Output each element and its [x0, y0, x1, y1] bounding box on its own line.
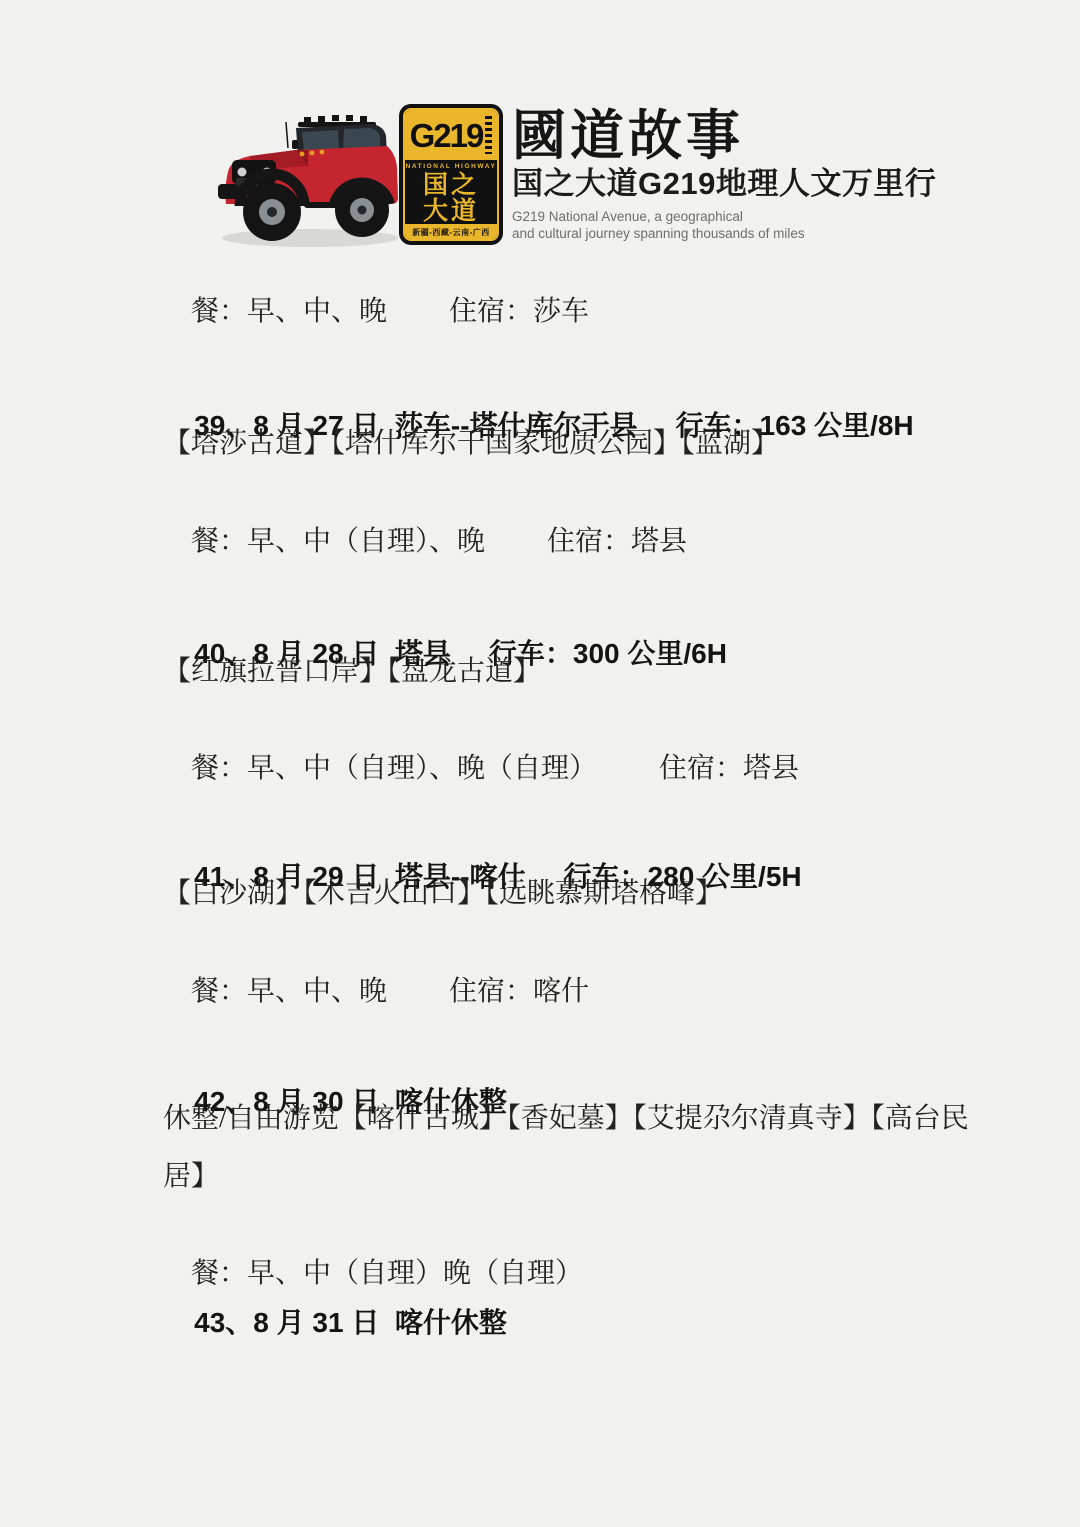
itinerary-page: G219 NATIONAL HIGHWAY 国之 大道 新疆-西藏-云南-广西 … — [0, 0, 1080, 1527]
brand-subtitle: 国之大道G219地理人文万里行 — [512, 167, 992, 201]
day-41-meals-line: 餐：早、中、晚住宿：喀什 — [163, 932, 1023, 1052]
day-41-lodging: 住宿：喀什 — [449, 976, 589, 1007]
badge-route-strip: 新疆-西藏-云南-广西 — [405, 224, 497, 241]
day-41-attractions: 【白沙湖】【木吉火山口】【远眺慕斯塔格峰】 — [163, 874, 1023, 914]
day-43-title-line: 43、8 月 31 日 喀什休整 — [163, 1263, 1023, 1383]
badge-vertical-marks — [485, 116, 492, 154]
brand-tagline: G219 National Avenue, a geographical and… — [512, 208, 992, 242]
g219-badge-top: G219 — [405, 110, 497, 160]
tagline-line1: G219 National Avenue, a geographical — [512, 208, 992, 225]
brand-title: 國道故事 — [512, 106, 992, 164]
day-43-title: 43、8 月 31 日 喀什休整 — [194, 1307, 507, 1338]
day-42-attractions: 休整/自由游览【喀什古城】【香妃墓】【艾提尕尔清真寺】【高台民居】 — [163, 1090, 978, 1206]
badge-name-line2: 大道 — [423, 198, 479, 224]
g219-badge: G219 NATIONAL HIGHWAY 国之 大道 新疆-西藏-云南-广西 — [399, 104, 503, 245]
day-40-meals-line: 餐：早、中（自理）、晚（自理）住宿：塔县 — [163, 709, 1023, 829]
g219-badge-code: G219 — [410, 119, 483, 152]
intro-meals-line: 餐：早、中、晚住宿：莎车 — [163, 252, 1023, 372]
badge-name-line1: 国之 — [423, 172, 479, 198]
intro-meals: 餐：早、中、晚 — [191, 296, 387, 327]
day-39-attractions: 【塔莎古道】【塔什库尔干国家地质公园】【蓝湖】 — [163, 424, 1023, 464]
day-40-attractions: 【红旗拉普口岸】【盘龙古道】 — [163, 652, 1023, 692]
day-39-meals-line: 餐：早、中（自理）、晚住宿：塔县 — [163, 482, 1023, 602]
tagline-line2: and cultural journey spanning thousands … — [512, 225, 992, 242]
header-banner: G219 NATIONAL HIGHWAY 国之 大道 新疆-西藏-云南-广西 … — [0, 0, 1080, 260]
badge-name: 国之 大道 — [405, 172, 497, 224]
day-39-meals: 餐：早、中（自理）、晚 — [191, 526, 485, 557]
day-39-lodging: 住宿：塔县 — [547, 526, 687, 557]
g219-badge-inner: G219 NATIONAL HIGHWAY 国之 大道 新疆-西藏-云南-广西 — [403, 108, 499, 241]
day-40-lodging: 住宿：塔县 — [659, 753, 799, 784]
header-titles: 國道故事 国之大道G219地理人文万里行 G219 National Avenu… — [512, 106, 992, 242]
day-41-meals: 餐：早、中、晚 — [191, 976, 387, 1007]
intro-lodging: 住宿：莎车 — [449, 296, 589, 327]
day-40-meals: 餐：早、中（自理）、晚（自理） — [191, 753, 597, 784]
jeep-photo — [212, 92, 404, 252]
